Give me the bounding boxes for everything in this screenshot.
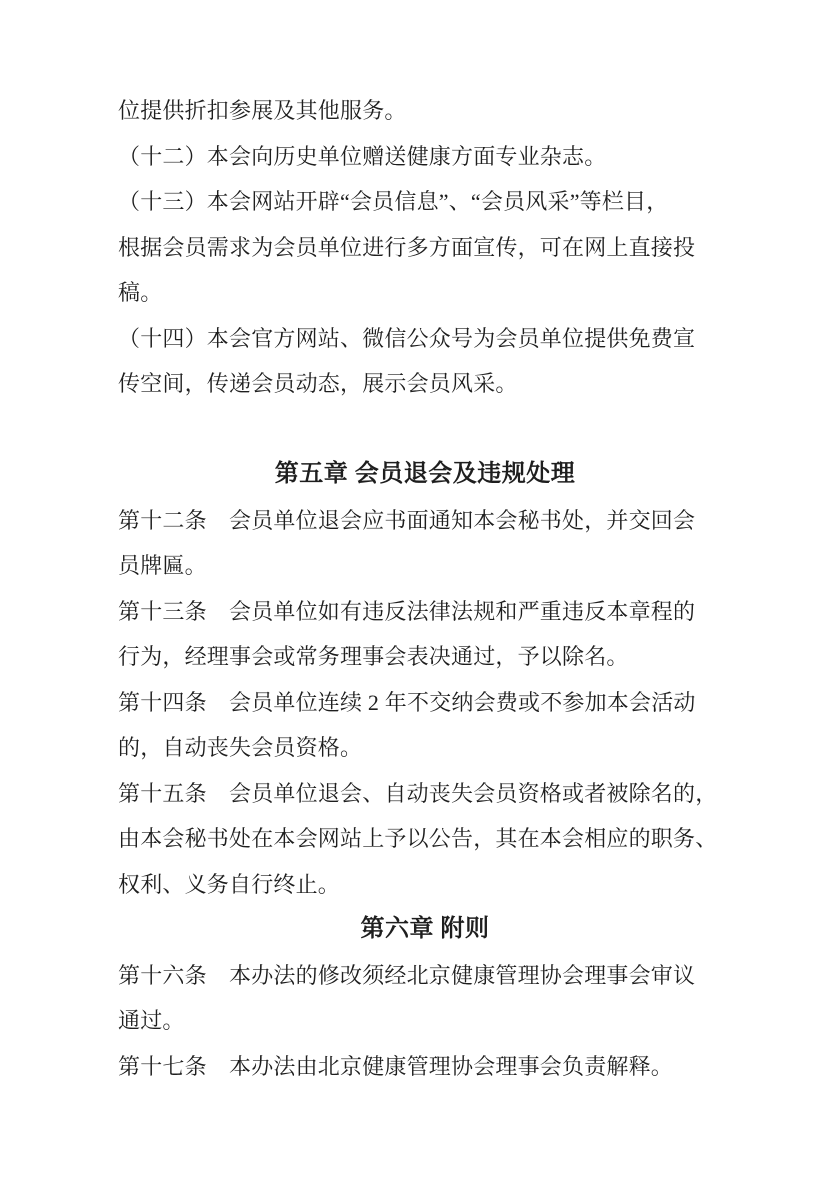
document-line: 由本会秘书处在本会网站上予以公告，其在本会相应的职务、 — [118, 816, 732, 862]
document-line: 第十六条 本办法的修改须经北京健康管理协会理事会审议 — [118, 953, 732, 999]
document-page: 位提供折扣参展及其他服务。（十二）本会向历史单位赠送健康方面专业杂志。（十三）本… — [0, 0, 840, 1187]
chapter-heading: 第六章 附则 — [118, 907, 732, 953]
document-line: 稿。 — [118, 270, 732, 316]
chapter-heading: 第五章 会员退会及违规处理 — [118, 452, 732, 498]
document-line: （十四）本会官方网站、微信公众号为会员单位提供免费宣 — [118, 316, 732, 362]
document-line: 位提供折扣参展及其他服务。 — [118, 88, 732, 134]
document-line: 传空间，传递会员动态，展示会员风采。 — [118, 361, 732, 407]
document-line: （十三）本会网站开辟“会员信息”、“会员风采”等栏目， — [118, 179, 732, 225]
document-line: 通过。 — [118, 998, 732, 1044]
document-line: （十二）本会向历史单位赠送健康方面专业杂志。 — [118, 134, 732, 180]
document-line: 第十三条 会员单位如有违反法律法规和严重违反本章程的 — [118, 589, 732, 635]
document-line: 的，自动丧失会员资格。 — [118, 725, 732, 771]
document-line: 行为，经理事会或常务理事会表决通过，予以除名。 — [118, 634, 732, 680]
document-body: 位提供折扣参展及其他服务。（十二）本会向历史单位赠送健康方面专业杂志。（十三）本… — [118, 88, 732, 1089]
blank-line — [118, 407, 732, 453]
document-line: 权利、义务自行终止。 — [118, 862, 732, 908]
document-line: 第十四条 会员单位连续 2 年不交纳会费或不参加本会活动 — [118, 680, 732, 726]
document-line: 第十七条 本办法由北京健康管理协会理事会负责解释。 — [118, 1044, 732, 1090]
document-line: 第十二条 会员单位退会应书面通知本会秘书处，并交回会 — [118, 498, 732, 544]
document-line: 根据会员需求为会员单位进行多方面宣传，可在网上直接投 — [118, 225, 732, 271]
document-line: 第十五条 会员单位退会、自动丧失会员资格或者被除名的， — [118, 771, 732, 817]
document-line: 员牌匾。 — [118, 543, 732, 589]
